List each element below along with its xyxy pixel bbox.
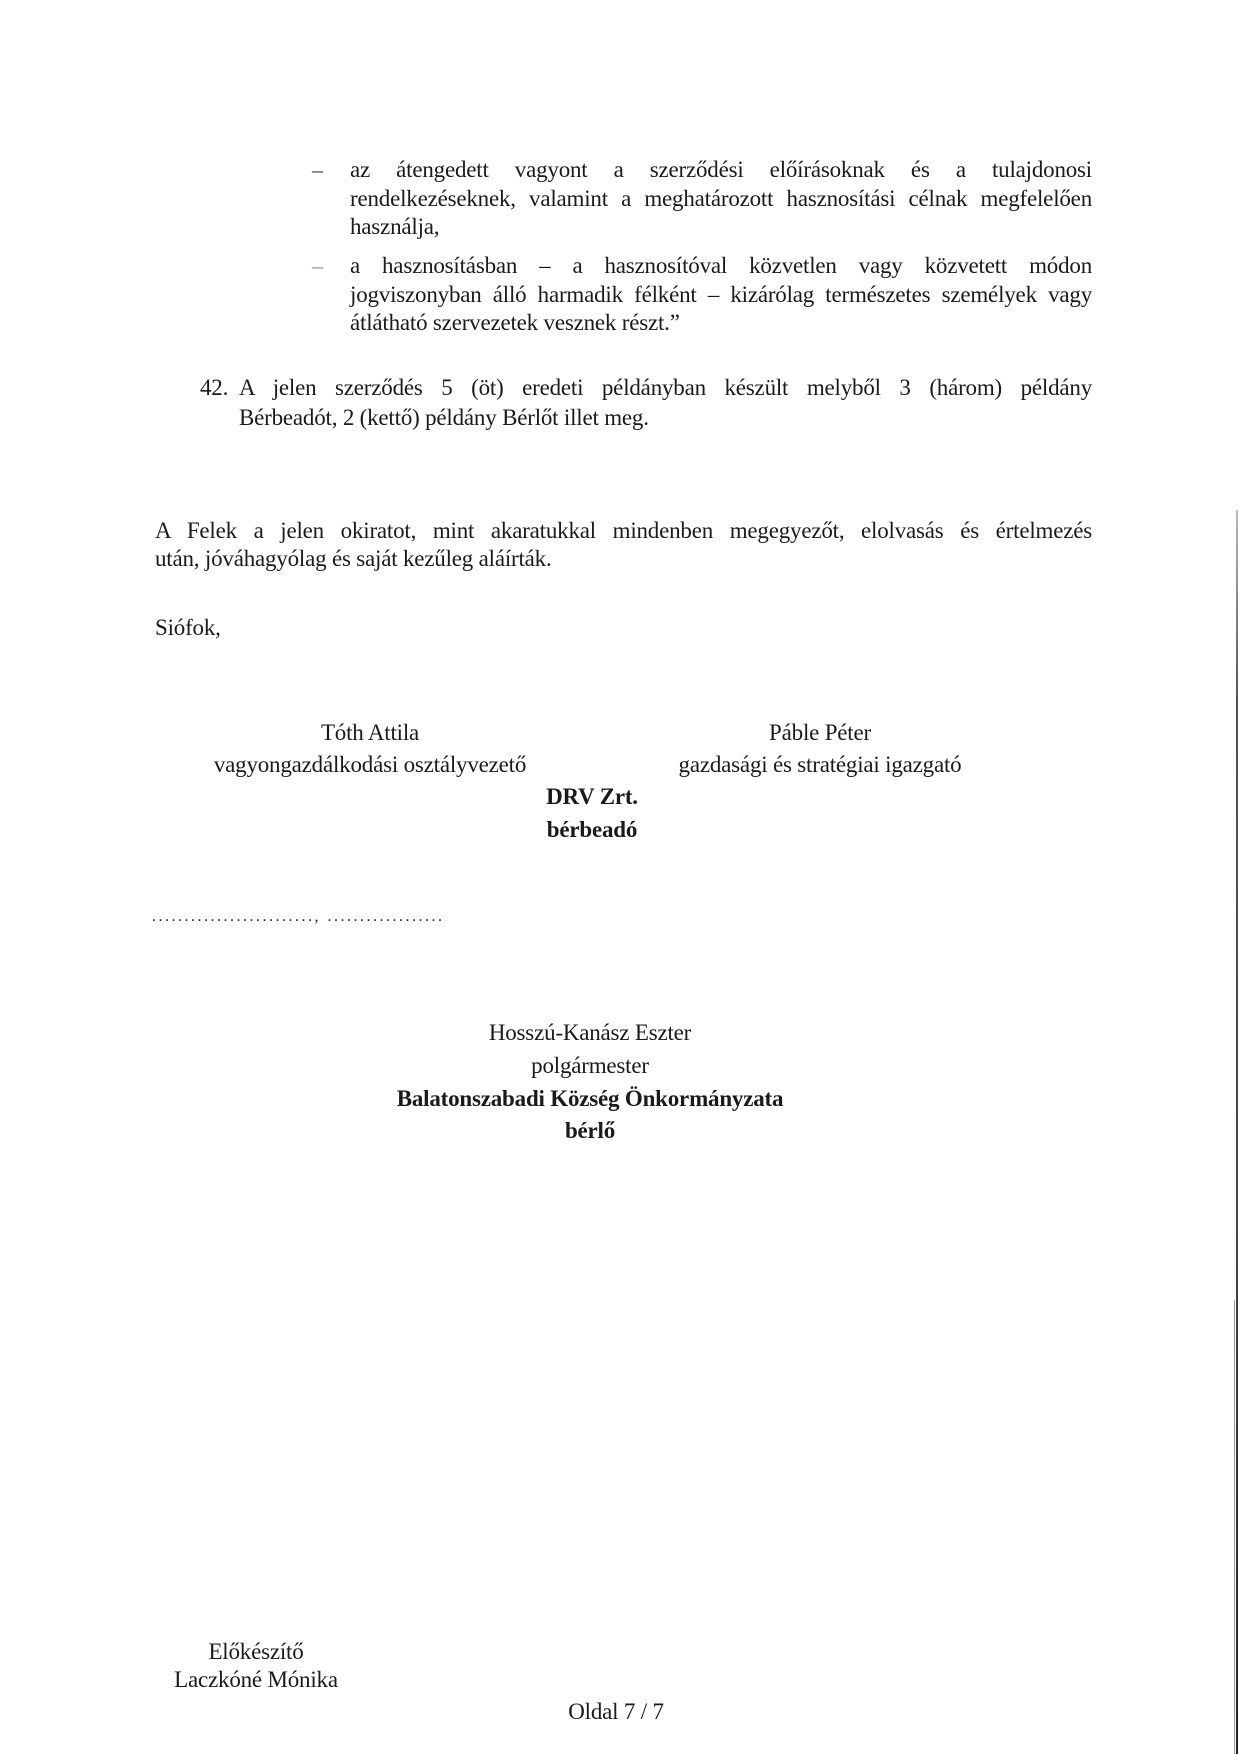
lessor-company: DRV Zrt. bbox=[546, 783, 638, 811]
item-42-line2: Bérbeadót, 2 (kettő) példány Bérlőt ille… bbox=[239, 404, 649, 432]
scan-edge-artifact bbox=[1234, 1300, 1235, 1754]
preparer-name: Laczkóné Mónika bbox=[174, 1666, 338, 1694]
page-number: Oldal 7 / 7 bbox=[568, 1698, 664, 1726]
item-number: 42. bbox=[200, 374, 228, 402]
signer-name: Hosszú-Kanász Eszter bbox=[489, 1019, 691, 1047]
closing-text: A Felek a jelen okiratot, mint akaratukk… bbox=[155, 518, 1092, 543]
lessee-organization: Balatonszabadi Község Önkormányzata bbox=[397, 1085, 784, 1113]
item-42-text: A jelen szerződés 5 (öt) eredeti példány… bbox=[239, 375, 1092, 400]
place-date: Siófok, bbox=[155, 614, 221, 642]
lessor-role: bérbeadó bbox=[547, 816, 637, 844]
preparer-label: Előkészítő bbox=[208, 1638, 303, 1666]
closing-line1: A Felek a jelen okiratot, mint akaratukk… bbox=[155, 517, 1092, 546]
signer-title: gazdasági és stratégiai igazgató bbox=[679, 751, 962, 779]
item-42-line1: A jelen szerződés 5 (öt) eredeti példány… bbox=[239, 374, 1092, 403]
bullet-marker: – bbox=[312, 252, 323, 280]
signer-name: Páble Péter bbox=[769, 719, 871, 747]
lessee-role: bérlő bbox=[565, 1117, 615, 1145]
scan-edge-artifact bbox=[1236, 510, 1238, 1754]
signer-title: polgármester bbox=[531, 1052, 649, 1080]
closing-line2: után, jóváhagyólag és saját kezűleg aláí… bbox=[155, 545, 552, 573]
date-placeholder: ........................., .............… bbox=[152, 908, 445, 926]
signer-title: vagyongazdálkodási osztályvezető bbox=[214, 751, 526, 779]
signer-name: Tóth Attila bbox=[321, 719, 419, 747]
bullet-marker: – bbox=[312, 156, 323, 184]
bullet-text: az átengedett vagyont a szerződési előír… bbox=[350, 156, 1092, 242]
bullet-text: a hasznosításban – a hasznosítóval közve… bbox=[350, 252, 1092, 338]
